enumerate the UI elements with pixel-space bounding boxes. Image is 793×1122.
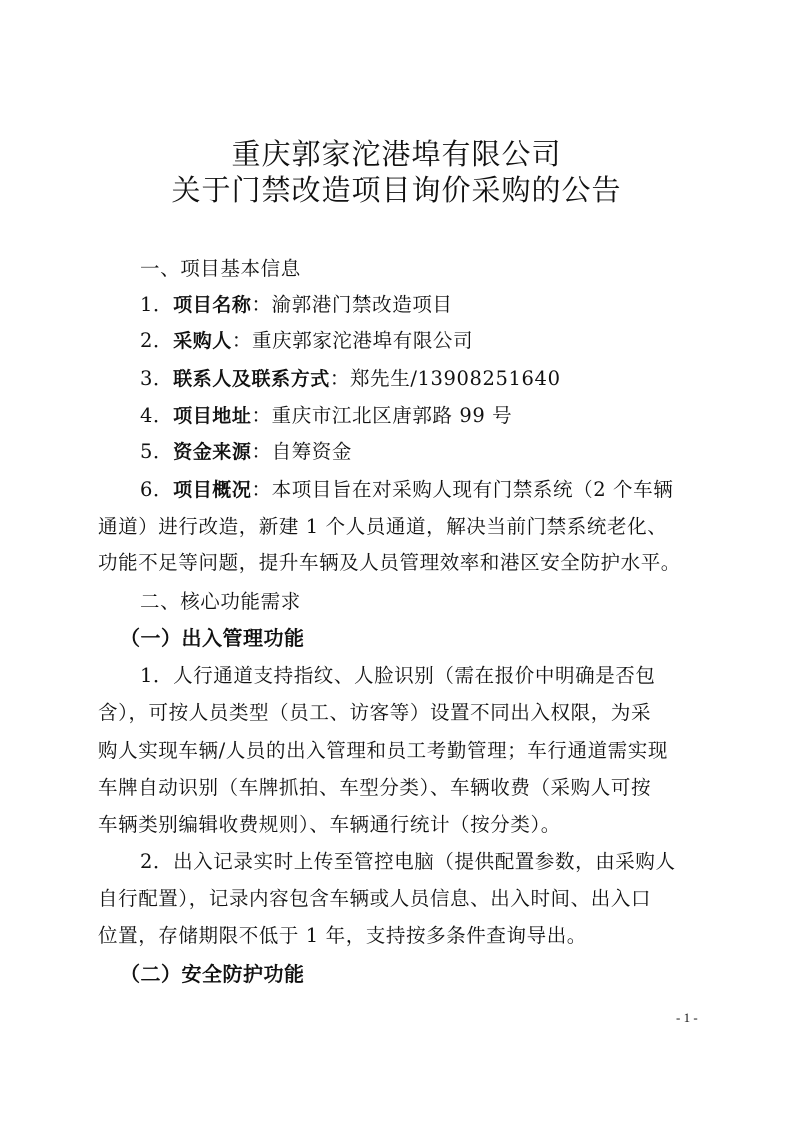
info-item-name: 1．项目名称：渝郭港门禁改造项目	[140, 292, 760, 318]
para1-line2: 含），可按人员类型（员工、访客等）设置不同出入权限，为采	[98, 700, 718, 726]
item-num: 3．	[140, 367, 173, 390]
para2-line3: 位置，存储期限不低于 1 年，支持按多条件查询导出。	[98, 923, 718, 949]
item-value: 自筹资金	[272, 440, 352, 463]
para1-line4: 车牌自动识别（车牌抓拍、车型分类）、车辆收费（采购人可按	[98, 775, 718, 801]
item-num: 1．	[140, 293, 173, 316]
para1-line5: 车辆类别编辑收费规则）、车辆通行统计（按分类）。	[98, 812, 718, 838]
item-sep: ：	[232, 329, 252, 352]
para2-line2: 自行配置），记录内容包含车辆或人员信息、出入时间、出入口	[98, 886, 718, 912]
item-sep: ：	[252, 404, 272, 427]
item-num: 4．	[140, 404, 173, 427]
overview-line2: 通道）进行改造，新建 1 个人员通道，解决当前门禁系统老化、	[98, 514, 718, 540]
item-label: 采购人	[173, 330, 232, 352]
section1-heading: 一、项目基本信息	[140, 256, 760, 282]
info-item-funding: 5．资金来源：自筹资金	[140, 439, 760, 465]
item-value: 重庆郭家沱港埠有限公司	[252, 329, 473, 352]
item-sep: ：	[252, 293, 272, 316]
item-value: 本项目旨在对采购人现有门禁系统（2 个车辆	[272, 478, 674, 501]
page-number: - 1 -	[676, 1010, 698, 1026]
item-label: 项目名称	[173, 294, 251, 316]
para2-line1: 2．出入记录实时上传至管控电脑（提供配置参数，由采购人	[140, 849, 760, 875]
item-sep: ：	[252, 478, 272, 501]
item-num: 5．	[140, 440, 173, 463]
item-num: 6．	[140, 478, 173, 501]
subsection2-heading: （二）安全防护功能	[120, 961, 305, 987]
subsection1-heading: （一）出入管理功能	[120, 625, 305, 651]
info-item-address: 4．项目地址：重庆市江北区唐郭路 99 号	[140, 403, 760, 429]
item-label: 项目概况	[173, 479, 251, 501]
section2-heading: 二、核心功能需求	[140, 589, 760, 615]
overview-line3: 功能不足等问题，提升车辆及人员管理效率和港区安全防护水平。	[98, 550, 718, 576]
item-value: 渝郭港门禁改造项目	[272, 293, 453, 316]
item-num: 2．	[140, 329, 173, 352]
item-sep: ：	[330, 367, 350, 390]
overview-line1: 6．项目概况：本项目旨在对采购人现有门禁系统（2 个车辆	[140, 477, 760, 503]
para1-line3: 购人实现车辆/人员的出入管理和员工考勤管理；车行通道需实现	[98, 738, 718, 764]
item-value: 重庆市江北区唐郭路 99 号	[272, 404, 513, 427]
item-label: 资金来源	[173, 441, 251, 463]
document-title-line2: 关于门禁改造项目询价采购的公告	[0, 172, 793, 208]
item-label: 项目地址	[173, 405, 251, 427]
item-sep: ：	[252, 440, 272, 463]
info-item-purchaser: 2．采购人：重庆郭家沱港埠有限公司	[140, 328, 760, 354]
para1-line1: 1．人行通道支持指纹、人脸识别（需在报价中明确是否包	[140, 663, 760, 689]
document-title-line1: 重庆郭家沱港埠有限公司	[0, 136, 793, 172]
info-item-contact: 3．联系人及联系方式：郑先生/13908251640	[140, 366, 760, 392]
item-label: 联系人及联系方式	[173, 368, 330, 390]
item-value: 郑先生/13908251640	[350, 367, 561, 390]
